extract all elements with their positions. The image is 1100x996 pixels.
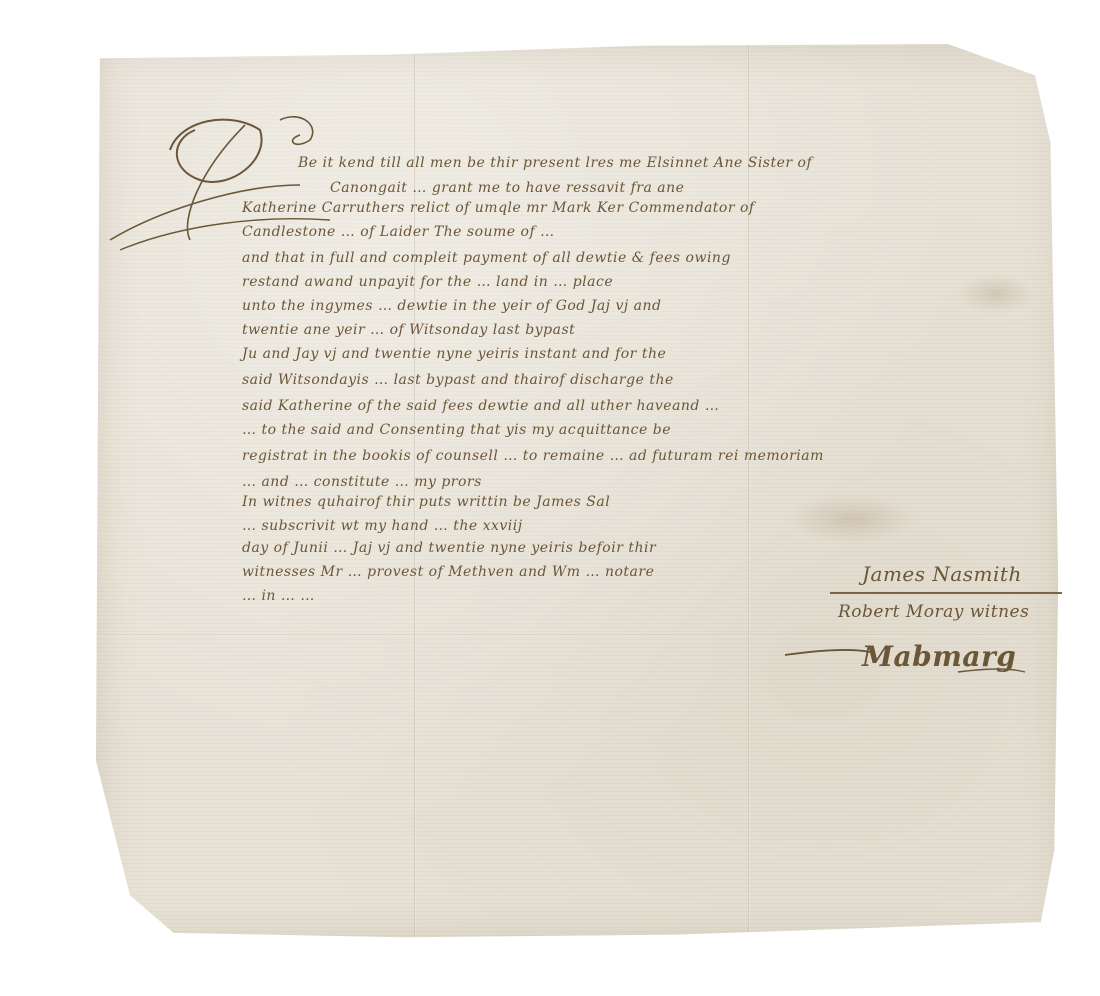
signature-flourish-icon <box>0 0 1100 996</box>
